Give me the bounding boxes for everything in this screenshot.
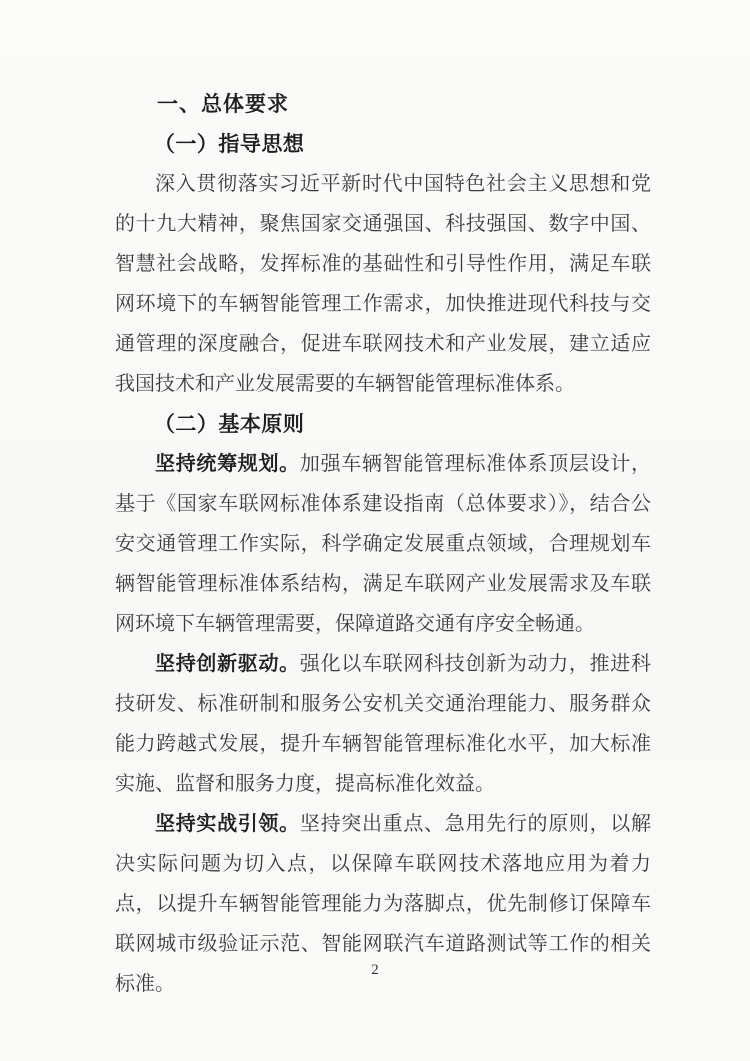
paragraph-principle-planning: 坚持统筹规划。加强车辆智能管理标准体系顶层设计，基于《国家车联网标准体系建设指南… [115, 444, 651, 644]
paragraph-principle-innovation: 坚持创新驱动。强化以车联网科技创新为动力，推进科技研发、标准研制和服务公安机关交… [115, 644, 651, 804]
paragraph-lead-practical: 坚持实战引领。 [155, 813, 300, 835]
paragraph-lead-innovation: 坚持创新驱动。 [155, 653, 300, 675]
section-heading-overall-requirements: 一、总体要求 [115, 84, 651, 124]
paragraph-guiding-ideology: 深入贯彻落实习近平新时代中国特色社会主义思想和党的十九大精神，聚焦国家交通强国、… [115, 164, 651, 404]
document-page: 一、总体要求 （一）指导思想 深入贯彻落实习近平新时代中国特色社会主义思想和党的… [0, 0, 750, 1061]
subsection-heading-guiding-ideology: （一）指导思想 [115, 124, 651, 164]
paragraph-lead-planning: 坚持统筹规划。 [155, 453, 300, 475]
paragraph-text: 加强车辆智能管理标准体系顶层设计，基于《国家车联网标准体系建设指南（总体要求）》… [115, 453, 651, 635]
subsection-heading-basic-principles: （二）基本原则 [115, 404, 651, 444]
paragraph-text: 深入贯彻落实习近平新时代中国特色社会主义思想和党的十九大精神，聚焦国家交通强国、… [115, 173, 651, 395]
page-number: 2 [0, 962, 750, 979]
